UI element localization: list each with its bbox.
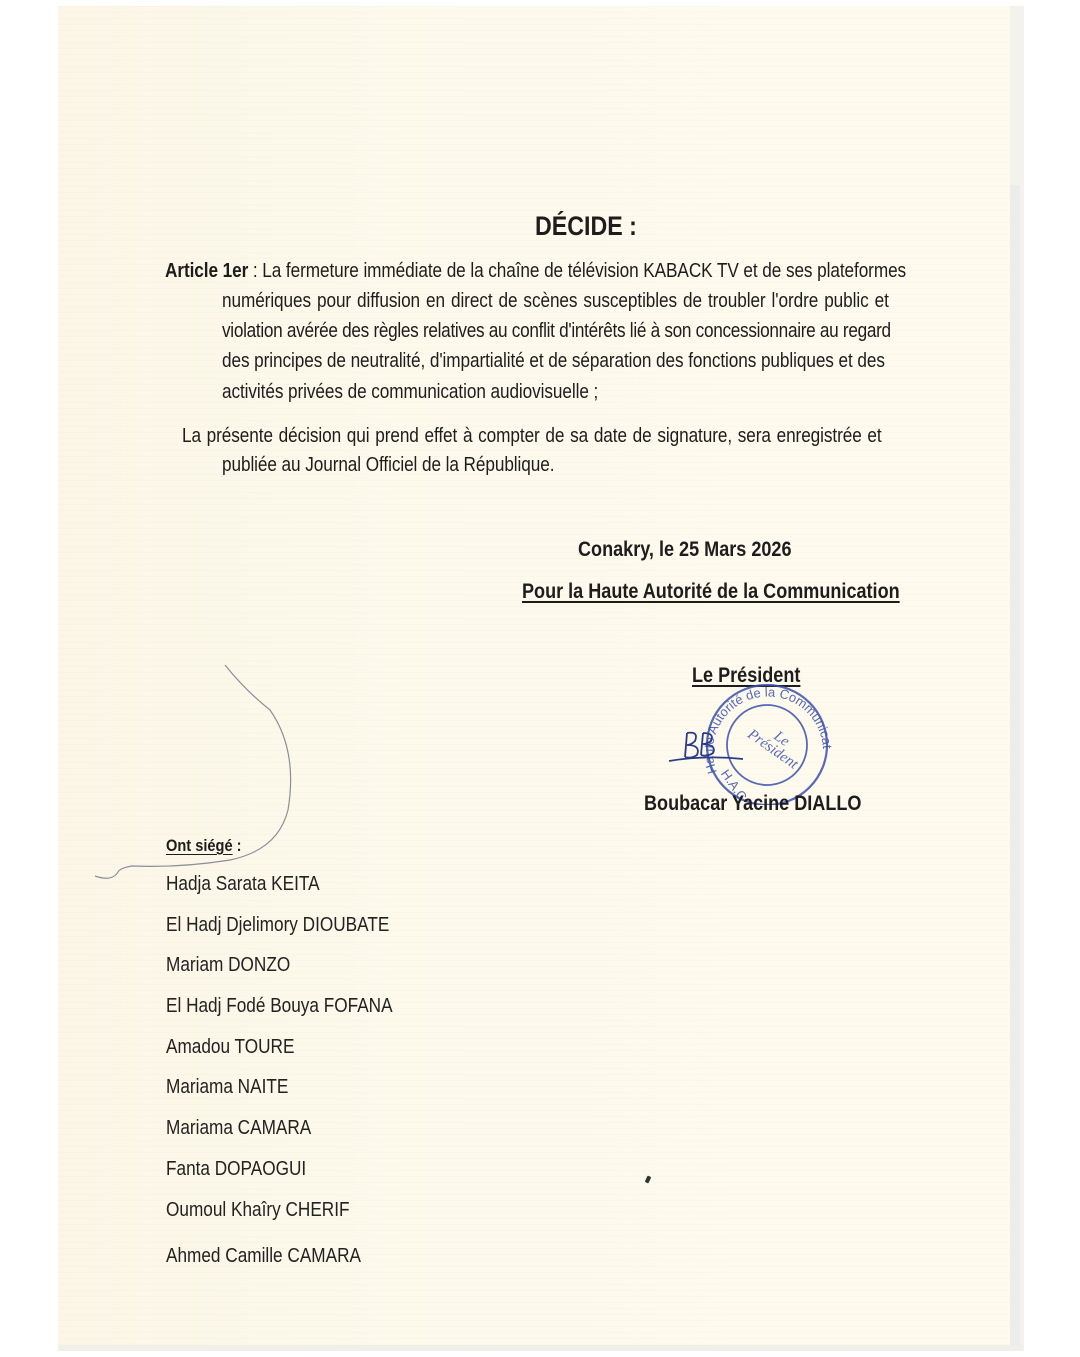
article-label: Article 1er <box>165 260 248 282</box>
article-1-line-1: Article 1er : La fermeture immédiate de … <box>165 260 906 283</box>
member-name: Mariam DONZO <box>166 954 290 977</box>
member-name: El Hadj Fodé Bouya FOFANA <box>166 995 393 1018</box>
effect-line-2: publiée au Journal Officiel de la Républ… <box>222 454 554 477</box>
article-1-line-5: activités privées de communication audio… <box>222 381 598 404</box>
page-edge-shadow <box>1010 185 1020 1351</box>
place-date: Conakry, le 25 Mars 2026 <box>578 538 792 562</box>
member-name: Ahmed Camille CAMARA <box>166 1245 361 1268</box>
authority-line: Pour la Haute Autorité de la Communicati… <box>522 580 900 604</box>
article-1-line-3: violation avérée des règles relatives au… <box>222 320 891 343</box>
article-1-line-4: des principes de neutralité, d'impartial… <box>222 350 885 373</box>
president-name: Boubacar Yacine DIALLO <box>644 792 861 816</box>
member-name: Mariama CAMARA <box>166 1117 311 1140</box>
member-name: Mariama NAITE <box>166 1076 288 1099</box>
document-page <box>58 6 1023 1351</box>
member-name: Fanta DOPAOGUI <box>166 1158 306 1181</box>
member-name: Oumoul Khaîry CHERIF <box>166 1199 350 1222</box>
article-1-line-2: numériques pour diffusion en direct de s… <box>222 290 889 313</box>
decision-heading: DÉCIDE : <box>535 211 637 242</box>
signature-initials-icon <box>665 725 745 770</box>
member-name: Amadou TOURE <box>166 1036 294 1059</box>
stamp-inner-text-2: Président <box>744 726 802 773</box>
member-name: Hadja Sarata KEITA <box>166 873 320 896</box>
effect-line-1: La présente décision qui prend effet à c… <box>182 425 882 448</box>
members-title: Ont siégé : <box>166 836 242 856</box>
member-name: El Hadj Djelimory DIOUBATE <box>166 914 389 937</box>
page-edge-bottom <box>58 1345 1023 1351</box>
